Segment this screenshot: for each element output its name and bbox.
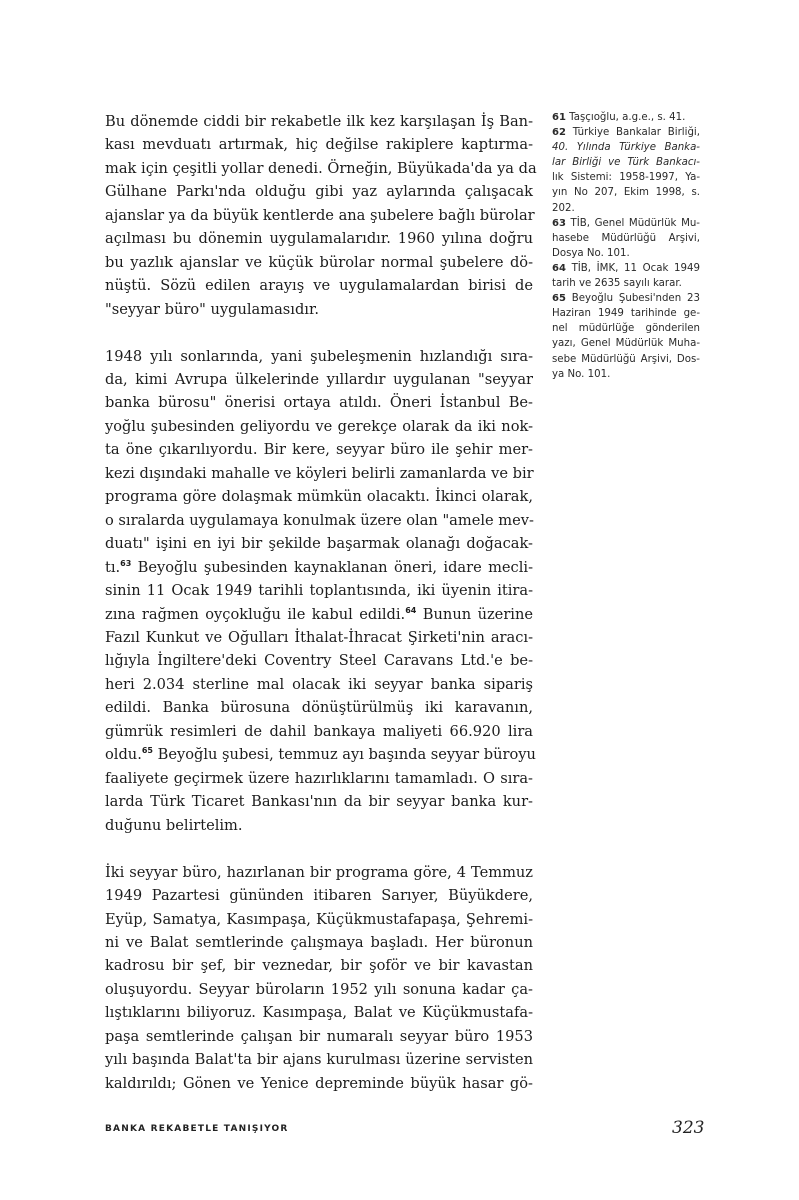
note-number: 65 bbox=[552, 293, 566, 304]
text-fragment: tı. bbox=[105, 559, 120, 576]
text-line: ni ve Balat semtlerinde çalışmaya başlad… bbox=[105, 931, 533, 954]
text-line: tı.63 Beyoğlu şubesinden kaynaklanan öne… bbox=[105, 556, 533, 579]
margin-notes: 61 Taşçıoğlu, a.g.e., s. 41. 62 Türkiye … bbox=[552, 110, 700, 382]
note-text: TİB, İMK, 11 Ocak 1949 bbox=[572, 263, 700, 274]
paragraph-spacer bbox=[105, 321, 533, 345]
text-line: edildi. Banka bürosuna dönüştürülmüş iki… bbox=[105, 696, 533, 719]
note-number: 63 bbox=[552, 218, 566, 229]
text-line: faaliyete geçirmek üzere hazırlıklarını … bbox=[105, 767, 533, 790]
text-line: paşa semtlerinde çalışan bir numaralı se… bbox=[105, 1025, 533, 1048]
text-line: "seyyar büro" uygulamasıdır. bbox=[105, 298, 533, 321]
note-line: hasebe Müdürlüğü Arşivi, bbox=[552, 231, 700, 246]
footnote-61: 61 Taşçıoğlu, a.g.e., s. 41. bbox=[552, 110, 700, 125]
note-line: nel müdürlüğe gönderilen bbox=[552, 321, 700, 336]
text-line: açılması bu dönemin uygulamalarıdır. 196… bbox=[105, 227, 533, 250]
note-line: 202. bbox=[552, 201, 700, 216]
text-line: gümrük resimleri de dahil bankaya maliye… bbox=[105, 720, 533, 743]
note-line: 64 TİB, İMK, 11 Ocak 1949 bbox=[552, 261, 700, 276]
text-line: 1948 yılı sonlarında, yani şubeleşmenin … bbox=[105, 345, 533, 368]
note-number: 62 bbox=[552, 127, 566, 138]
main-text-column: Bu dönemde ciddi bir rekabetle ilk kez k… bbox=[105, 110, 533, 1095]
text-line: Eyüp, Samatya, Kasımpaşa, Küçükmustafapa… bbox=[105, 908, 533, 931]
text-line: Gülhane Parkı'nda olduğu gibi yaz ayları… bbox=[105, 180, 533, 203]
note-number: 64 bbox=[552, 263, 566, 274]
text-line: kaldırıldı; Gönen ve Yenice depreminde b… bbox=[105, 1072, 533, 1095]
text-fragment: Bunun üzerine bbox=[416, 606, 533, 623]
text-line: programa göre dolaşmak mümkün olacaktı. … bbox=[105, 485, 533, 508]
note-line: Haziran 1949 tarihinde ge- bbox=[552, 306, 700, 321]
note-line: 63 TİB, Genel Müdürlük Mu- bbox=[552, 216, 700, 231]
text-line: o sıralarda uygulamaya konulmak üzere ol… bbox=[105, 509, 533, 532]
text-line: heri 2.034 sterline mal olacak iki seyya… bbox=[105, 673, 533, 696]
note-text: TİB, Genel Müdürlük Mu- bbox=[571, 218, 700, 229]
text-line: zına rağmen oyçokluğu ile kabul edildi.6… bbox=[105, 603, 533, 626]
text-line: larda Türk Ticaret Bankası'nın da bir se… bbox=[105, 790, 533, 813]
text-line: yoğlu şubesinden geliyordu ve gerekçe ol… bbox=[105, 415, 533, 438]
note-line: 62 Türkiye Bankalar Birliği, bbox=[552, 125, 700, 140]
text-line: Bu dönemde ciddi bir rekabetle ilk kez k… bbox=[105, 110, 533, 133]
note-line: yın No 207, Ekim 1998, s. bbox=[552, 185, 700, 200]
text-fragment: zına rağmen oyçokluğu ile kabul edildi. bbox=[105, 606, 405, 623]
footnote-62: 62 Türkiye Bankalar Birliği, 40. Yılında… bbox=[552, 125, 700, 216]
text-line: oldu.65 Beyoğlu şubesi, temmuz ayı başın… bbox=[105, 743, 533, 766]
footnote-ref-63[interactable]: 63 bbox=[120, 559, 131, 568]
text-line: kadrosu bir şef, bir veznedar, bir şoför… bbox=[105, 954, 533, 977]
note-line: tarih ve 2635 sayılı karar. bbox=[552, 276, 700, 291]
running-footer-title: BANKA REKABETLE TANIŞIYOR bbox=[105, 1124, 289, 1134]
note-line: 61 Taşçıoğlu, a.g.e., s. 41. bbox=[552, 110, 700, 125]
note-text: Taşçıoğlu, a.g.e., s. 41. bbox=[569, 112, 685, 123]
text-line: da, kimi Avrupa ülkelerinde yıllardır uy… bbox=[105, 368, 533, 391]
text-line: lığıyla İngiltere'deki Coventry Steel Ca… bbox=[105, 649, 533, 672]
text-line: ajanslar ya da büyük kentlerde ana şubel… bbox=[105, 204, 533, 227]
note-line: lık Sistemi: 1958-1997, Ya- bbox=[552, 170, 700, 185]
text-line: yılı başında Balat'ta bir ajans kurulmas… bbox=[105, 1048, 533, 1071]
paragraph-3: İki seyyar büro, hazırlanan bir programa… bbox=[105, 861, 533, 1096]
text-line: oluşuyordu. Seyyar büroların 1952 yılı s… bbox=[105, 978, 533, 1001]
text-line: banka bürosu" önerisi ortaya atıldı. Öne… bbox=[105, 391, 533, 414]
footnote-65: 65 Beyoğlu Şubesi'nden 23 Haziran 1949 t… bbox=[552, 291, 700, 382]
text-fragment: Beyoğlu şubesi, temmuz ayı başında seyya… bbox=[153, 746, 536, 763]
note-line: 40. Yılında Türkiye Banka- bbox=[552, 140, 700, 155]
text-line: kezi dışındaki mahalle ve köyleri belirl… bbox=[105, 462, 533, 485]
note-line: 65 Beyoğlu Şubesi'nden 23 bbox=[552, 291, 700, 306]
text-line: sinin 11 Ocak 1949 tarihli toplantısında… bbox=[105, 579, 533, 602]
note-line: Dosya No. 101. bbox=[552, 246, 700, 261]
note-number: 61 bbox=[552, 112, 566, 123]
footnote-63: 63 TİB, Genel Müdürlük Mu- hasebe Müdürl… bbox=[552, 216, 700, 261]
note-line: lar Birliği ve Türk Bankacı- bbox=[552, 155, 700, 170]
footnote-ref-64[interactable]: 64 bbox=[405, 606, 416, 615]
text-line: mak için çeşitli yollar denedi. Örneğin,… bbox=[105, 157, 533, 180]
text-line: duatı" işini en iyi bir şekilde başarmak… bbox=[105, 532, 533, 555]
text-line: bu yazlık ajanslar ve küçük bürolar norm… bbox=[105, 251, 533, 274]
footnote-ref-65[interactable]: 65 bbox=[142, 746, 153, 755]
text-line: nüştü. Sözü edilen arayış ve uygulamalar… bbox=[105, 274, 533, 297]
paragraph-spacer bbox=[105, 837, 533, 861]
note-line: yazı, Genel Müdürlük Muha- bbox=[552, 336, 700, 351]
page-number: 323 bbox=[672, 1118, 704, 1138]
text-line: duğunu belirtelim. bbox=[105, 814, 533, 837]
text-fragment: oldu. bbox=[105, 746, 142, 763]
note-text: Beyoğlu Şubesi'nden 23 bbox=[572, 293, 700, 304]
text-line: lıştıklarını biliyoruz. Kasımpaşa, Balat… bbox=[105, 1001, 533, 1024]
text-line: İki seyyar büro, hazırlanan bir programa… bbox=[105, 861, 533, 884]
note-line: sebe Müdürlüğü Arşivi, Dos- bbox=[552, 352, 700, 367]
note-text: Türkiye Bankalar Birliği, bbox=[573, 127, 700, 138]
note-line: ya No. 101. bbox=[552, 367, 700, 382]
text-fragment: Beyoğlu şubesinden kaynaklanan öneri, id… bbox=[131, 559, 533, 576]
text-line: Fazıl Kunkut ve Oğulları İthalat-İhracat… bbox=[105, 626, 533, 649]
text-line: kası mevduatı artırmak, hiç değilse raki… bbox=[105, 133, 533, 156]
text-line: 1949 Pazartesi gününden itibaren Sarıyer… bbox=[105, 884, 533, 907]
paragraph-1: Bu dönemde ciddi bir rekabetle ilk kez k… bbox=[105, 110, 533, 321]
book-page: Bu dönemde ciddi bir rekabetle ilk kez k… bbox=[0, 0, 799, 1200]
paragraph-2: 1948 yılı sonlarında, yani şubeleşmenin … bbox=[105, 345, 533, 838]
footnote-64: 64 TİB, İMK, 11 Ocak 1949 tarih ve 2635 … bbox=[552, 261, 700, 291]
text-line: ta öne çıkarılıyordu. Bir kere, seyyar b… bbox=[105, 438, 533, 461]
